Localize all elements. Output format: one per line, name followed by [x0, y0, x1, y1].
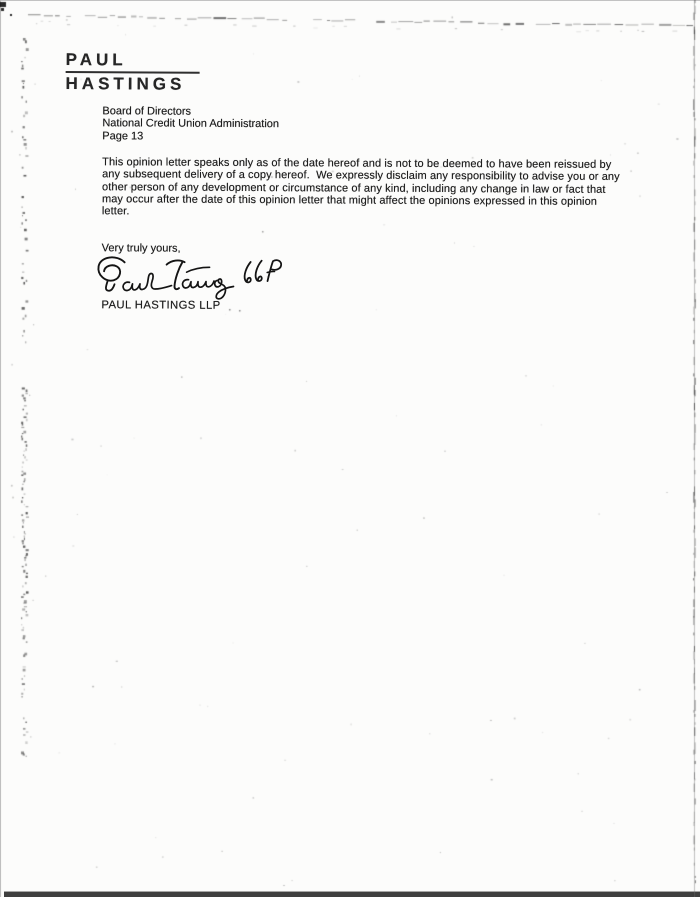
- recipient-line: National Credit Union Administration: [102, 118, 279, 131]
- recipient-block: Board of Directors National Credit Union…: [102, 105, 279, 143]
- scan-edge-bottom-bar: [4, 892, 700, 897]
- body-line: letter.: [102, 206, 620, 221]
- firm-logo-word-paul: PAUL: [66, 50, 127, 70]
- scanned-letter-page: PAUL HASTINGS Board of Directors Nationa…: [0, 0, 700, 897]
- typed-signature: PAUL HASTINGS LLP: [101, 299, 220, 312]
- page-number: Page 13: [102, 130, 279, 143]
- body-paragraph: This opinion letter speaks only as of th…: [102, 156, 620, 220]
- handwritten-signature: [90, 251, 285, 306]
- recipient-line: Board of Directors: [102, 105, 279, 118]
- firm-logo-word-hastings: HASTINGS: [66, 74, 186, 95]
- letter-content: PAUL HASTINGS Board of Directors Nationa…: [0, 0, 700, 897]
